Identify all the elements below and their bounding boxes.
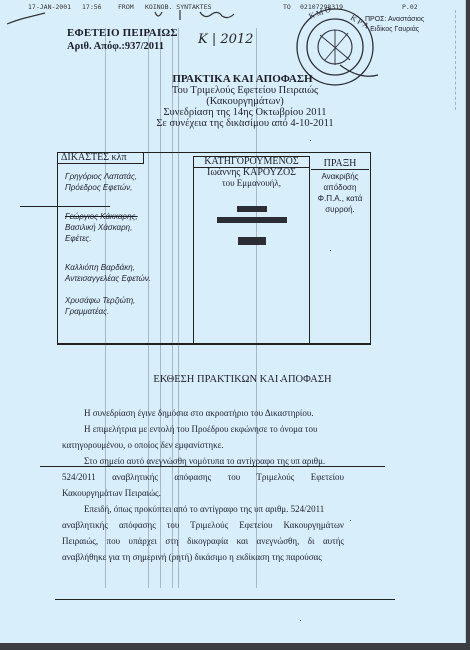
redaction-bar	[238, 237, 266, 245]
scanned-fax-page: 17-JAN-2001 17:56 FROM KOINOB. SYNTAKTES…	[0, 0, 466, 643]
accused-cell: Ιωάννης ΚΑΡΟΥΖΟΣ του Εμμανουήλ,	[194, 167, 309, 246]
paragraph-line: 524/2011 αναβλητικής απόφασης του Τριμελ…	[62, 469, 344, 485]
svg-text:Κ Μ Ο: Κ Μ Ο	[308, 5, 333, 21]
judge-name: Γρηγόριος Λαπατάς,	[65, 171, 185, 182]
paragraph-line: αναβλήθηκε για τη σημερινή (ρητή) δικάσι…	[62, 549, 344, 565]
act-line: Φ.Π.Α., κατά συρροή.	[310, 193, 370, 215]
act-cell: Ανακριβής απόδοση Φ.Π.Α., κατά συρροή.	[310, 171, 370, 215]
decision-number: Αριθ. Απόφ.:937/2011	[67, 41, 164, 52]
fax-time: 17:56	[82, 3, 102, 11]
judge-name: Βασιλική Χάσκαρη,	[65, 222, 185, 233]
recipient-annotation: ΠΡΟΣ: Αναστάσιος Ειδίκος Γαυριάς	[365, 15, 424, 35]
judge-entry: Γεώργιος Κάκκαρης, Βασιλική Χάσκαρη, Εφέ…	[65, 211, 185, 244]
fax-from-label: FROM	[118, 3, 134, 11]
session-date: Συνεδρίαση της 14ης Οκτωβρίου 2011	[25, 107, 465, 118]
redaction-bar	[217, 217, 287, 223]
paragraph-line: Επειδή, όπως προκύπτει από το αντίγραφο …	[62, 501, 344, 517]
scan-noise	[350, 520, 351, 521]
judge-entry: Χρυσάφω Τερζιώτη, Γραμματέας.	[65, 295, 185, 317]
paragraph-line: κατηγορουμένου, ο οποίος δεν εμφανίστηκε…	[62, 437, 344, 453]
scanner-edge	[0, 643, 470, 650]
court-division: (Κακουργημάτων)	[25, 96, 465, 107]
court-panel: Του Τριμελούς Εφετείου Πειραιώς	[25, 85, 465, 96]
judge-role: Πρόεδρος Εφετών,	[65, 182, 185, 193]
handwritten-note: Κ | 2012	[198, 32, 253, 47]
header-judges: ΔΙΚΑΣΤΕΣ κλπ	[58, 153, 144, 164]
act-line: Ανακριβής απόδοση	[310, 171, 370, 193]
paragraph-line: Πειραιώς, που υπάρχει στη δικογραφία και…	[62, 533, 344, 549]
accused-redacted-line	[194, 203, 309, 214]
continuation-note: Σε συνέχεια της δικασίμου από 4-10-2011	[25, 118, 465, 129]
judge-entry: Καλλιόπη Βαρδάκη, Αντεισαγγελέας Εφετών.	[65, 262, 185, 284]
court-name: ΕΦΕΤΕΙΟ ΠΕΙΡΑΙΩΣ	[67, 27, 178, 39]
scan-artifact-line	[40, 466, 385, 467]
paragraph-line: Η επιμελήτρια με εντολή του Προέδρου εκφ…	[62, 421, 344, 437]
accused-name: Ιωάννης ΚΑΡΟΥΖΟΣ	[194, 167, 309, 178]
recipient-line: ΠΡΟΣ: Αναστάσιος	[365, 15, 424, 25]
prosecutor-role: Αντεισαγγελέας Εφετών.	[65, 273, 185, 284]
scan-noise	[300, 620, 301, 621]
paragraph-line: αναβλητικής απόφασης του Τριμελούς Εφετε…	[62, 517, 344, 533]
scan-noise	[280, 380, 281, 381]
clerk-name: Χρυσάφω Τερζιώτη,	[65, 295, 185, 306]
scan-noise	[330, 250, 331, 251]
judges-list: Γρηγόριος Λαπατάς, Πρόεδρος Εφετών, Γεώρ…	[65, 171, 185, 328]
body-text: Η συνεδρίαση έγινε δημόσια στο ακροατήρι…	[62, 405, 344, 565]
scan-noise	[240, 120, 241, 121]
document-title: ΠΡΑΚΤΙΚΑ ΚΑΙ ΑΠΟΦΑΣΗ	[20, 74, 465, 85]
paragraph-line: Κακουργημάτων Πειραιώς.	[62, 485, 344, 501]
clerk-role: Γραμματέας.	[65, 306, 185, 317]
court-composition-table: ΔΙΚΑΣΤΕΣ κλπ ΚΑΤΗΓΟΡΟΥΜΕΝΟΣ ΠΡΑΞΗ Γρηγόρ…	[57, 152, 371, 345]
accused-father: του Εμμανουήλ,	[194, 178, 309, 189]
accused-status	[194, 235, 309, 246]
scan-noise	[310, 140, 311, 141]
recipient-line: Ειδίκος Γαυριάς	[365, 25, 424, 35]
section-title: ΕΚΘΕΣΗ ΠΡΑΚΤΙΚΩΝ ΚΑΙ ΑΠΟΦΑΣΗ	[10, 374, 470, 385]
handwritten-scribble-icon	[150, 8, 250, 22]
judge-role: Εφέτες.	[65, 233, 185, 244]
judge-name: Γεώργιος Κάκκαρης,	[65, 211, 185, 222]
judge-entry: Γρηγόριος Λαπατάς, Πρόεδρος Εφετών,	[65, 171, 185, 193]
fax-page-number: P.02	[402, 3, 418, 11]
scan-artifact-line	[55, 599, 395, 600]
handwritten-stroke-icon	[5, 8, 50, 26]
paragraph: Η συνεδρίαση έγινε δημόσια στο ακροατήρι…	[62, 405, 344, 421]
scan-artifact-line	[20, 206, 110, 207]
document-title-block: ΠΡΑΚΤΙΚΑ ΚΑΙ ΑΠΟΦΑΣΗ Του Τριμελούς Εφετε…	[0, 74, 465, 129]
prosecutor-name: Καλλιόπη Βαρδάκη,	[65, 262, 185, 273]
header-act: ΠΡΑΞΗ	[311, 158, 369, 170]
redaction-bar	[237, 206, 267, 212]
accused-redacted-line	[194, 214, 309, 225]
